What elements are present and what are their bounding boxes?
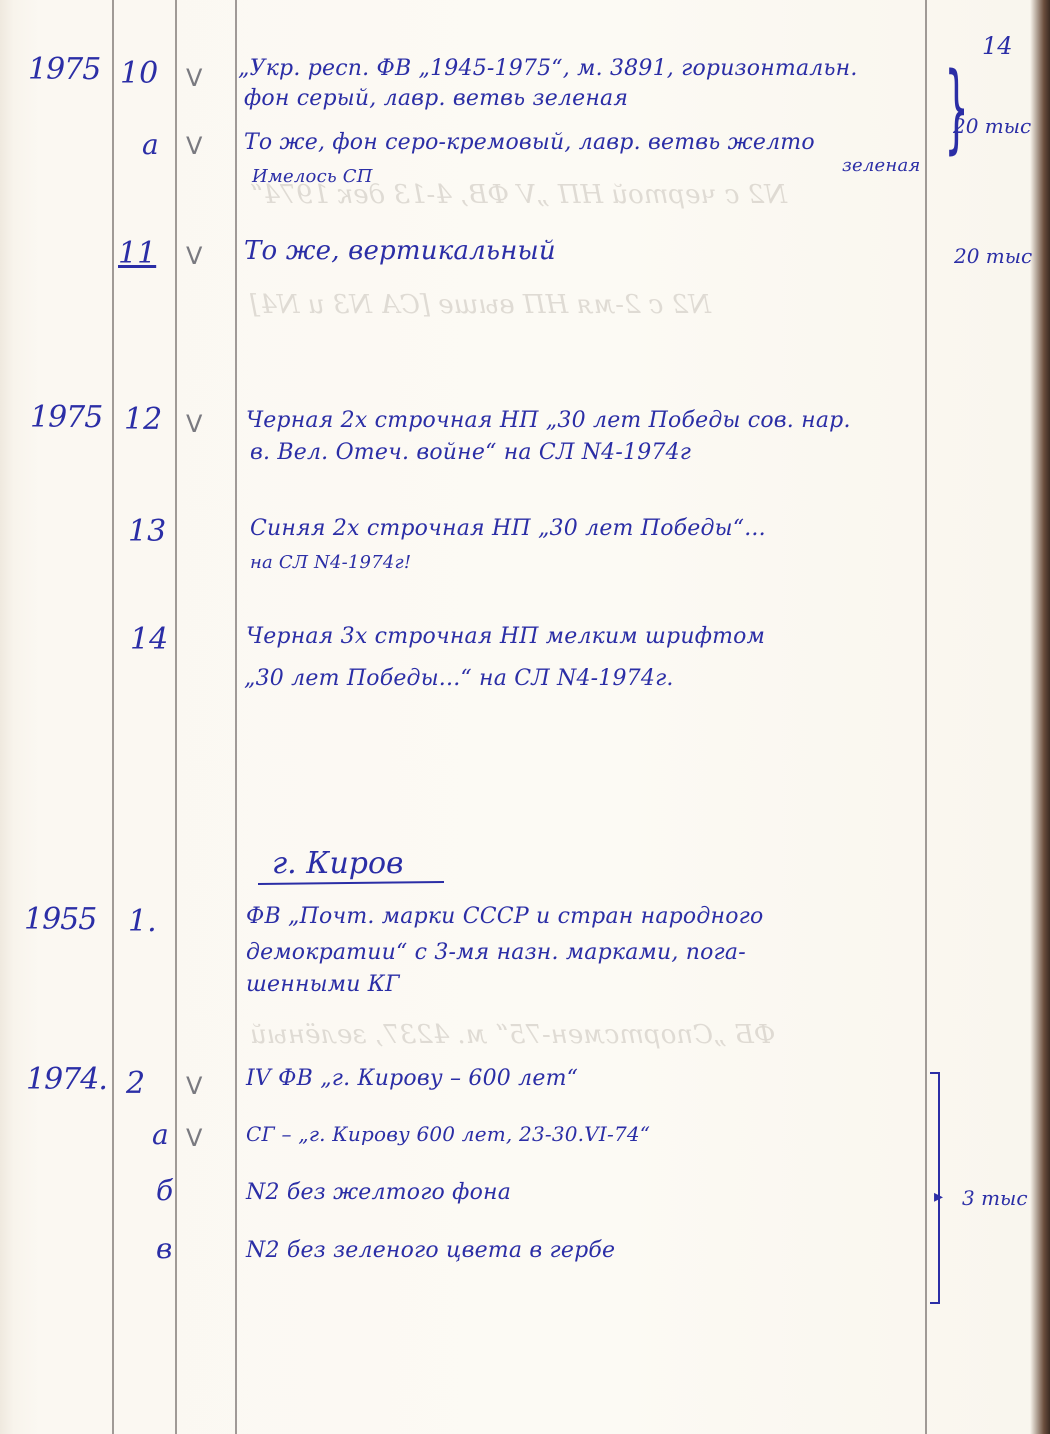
entry-number: 2 — [126, 1066, 145, 1101]
entry-description-line: Черная 3х строчная НП мелким шрифтом — [246, 624, 765, 649]
entry-description-line: шенными КГ — [246, 972, 400, 997]
entry-number: a — [152, 1118, 169, 1151]
price: 20 тыс — [954, 244, 1032, 268]
entry-description-line: То же, вертикальный — [244, 236, 556, 266]
bleed-through-text: N2 с 2-мя НП выше [СА N3 и N4] — [250, 290, 711, 320]
brace-icon: } — [944, 60, 968, 156]
check-mark: V — [186, 1124, 202, 1152]
entry-number: a — [142, 128, 159, 161]
check-mark: V — [186, 242, 202, 270]
check-mark: V — [186, 132, 202, 160]
column-rule-number — [175, 0, 177, 1434]
entry-number: 11 — [118, 236, 156, 271]
entry-description-line: демократии“ с 3-мя назн. марками, пога- — [246, 940, 746, 965]
check-mark: V — [186, 64, 202, 92]
entry-description-line: фон серый, лавр. ветвь зеленая — [244, 86, 628, 111]
check-mark: V — [186, 410, 202, 438]
check-mark: V — [186, 1072, 202, 1100]
entry-number: 1. — [128, 904, 157, 939]
entry-description-line: СГ – „г. Кирову 600 лет, 23-30.VI-74“ — [246, 1122, 650, 1146]
entry-description-line: IV ФВ „г. Кирову – 600 лет“ — [246, 1066, 578, 1091]
heading-underline — [258, 881, 444, 885]
entry-number: 12 — [124, 402, 162, 437]
entry-year: 1975 — [30, 400, 102, 435]
entry-year: 1955 — [24, 902, 96, 937]
page-number: 14 — [982, 32, 1013, 60]
price: 20 тыс — [953, 114, 1031, 138]
entry-description-line: N2 без зеленого цвета в гербе — [246, 1238, 615, 1263]
entry-description-line: То же, фон серо-кремовый, лавр. ветвь же… — [244, 130, 815, 155]
entry-description-line: Синяя 2х строчная НП „30 лет Победы“... — [250, 516, 766, 541]
column-rule-year — [112, 0, 114, 1434]
entry-number: в — [156, 1232, 172, 1265]
bracket-point-icon: ▸ — [934, 1186, 943, 1207]
entry-number: б — [156, 1174, 173, 1207]
section-heading: г. Киров — [272, 846, 404, 881]
entry-description-line: зеленая — [842, 155, 921, 176]
notebook-page: N2 с чертой НП „V ФВ, 4-13 дек 1974“ N2 … — [0, 0, 1050, 1434]
entry-number: 14 — [130, 622, 168, 657]
entry-year: 1975 — [28, 52, 100, 87]
entry-description-line: N2 без желтого фона — [246, 1180, 511, 1205]
entry-year: 1974. — [26, 1062, 107, 1097]
entry-description-line: „Укр. респ. ФВ „1945-1975“, м. 3891, гор… — [238, 56, 858, 81]
entry-number: 10 — [120, 56, 158, 91]
entry-description-line: „30 лет Победы...“ на СЛ N4-1974г. — [244, 666, 674, 691]
entry-description-line: Имелось СП — [252, 166, 373, 187]
column-rule-check — [235, 0, 237, 1434]
column-rule-price — [925, 0, 927, 1434]
entry-number: 13 — [128, 514, 166, 549]
entry-description-line: ФВ „Почт. марки СССР и стран народного — [246, 904, 763, 929]
entry-description-line: на СЛ N4-1974г! — [250, 552, 411, 573]
entry-description-line: Черная 2х строчная НП „30 лет Победы сов… — [246, 408, 851, 433]
bleed-through-text: ФБ „Спортсмен-75“ м. 4237, зелёный — [250, 1020, 775, 1050]
price: 3 тыс — [962, 1186, 1028, 1210]
entry-description-line: в. Вел. Отеч. войне“ на СЛ N4-1974г — [250, 440, 691, 465]
